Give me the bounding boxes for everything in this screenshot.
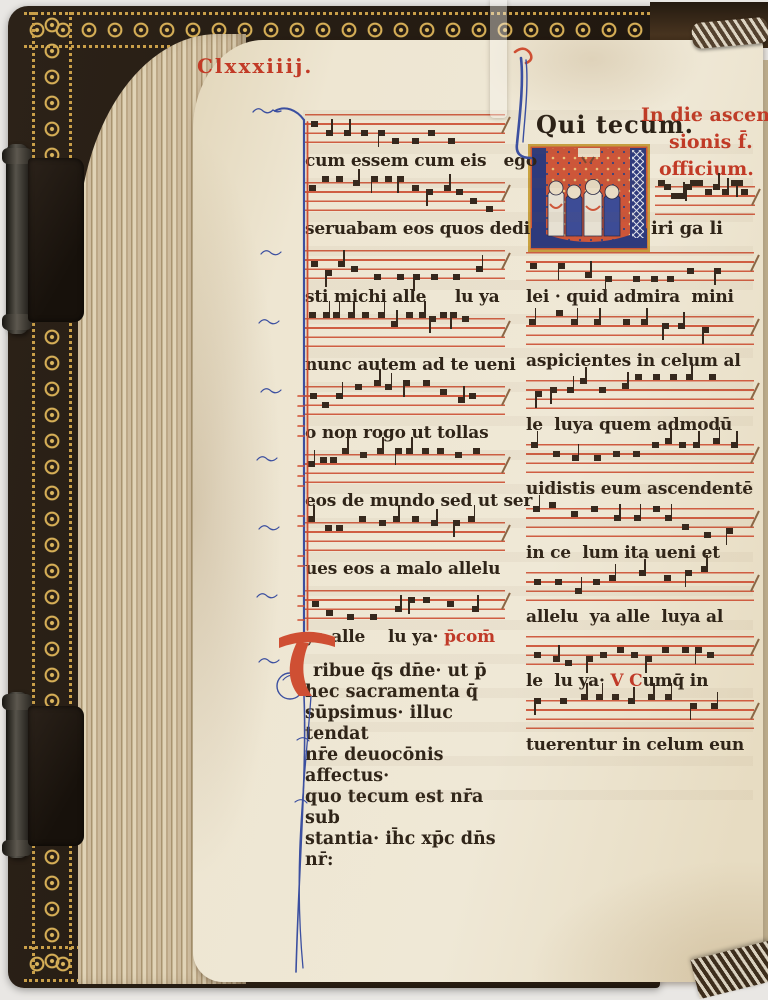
- neume-note: [456, 189, 463, 195]
- rubricated-text: p̄com̄: [444, 627, 495, 647]
- neume-note: [662, 647, 669, 653]
- rubricated-text: V: [610, 671, 629, 691]
- neume-note: [462, 316, 469, 322]
- neume-note: [342, 448, 349, 454]
- neume-note: [678, 323, 685, 329]
- neume-note: [437, 448, 444, 454]
- neume-note: [374, 274, 381, 280]
- neume-note: [419, 312, 426, 318]
- neume-note: [422, 448, 429, 454]
- neume-note: [653, 506, 660, 512]
- neume-note: [633, 451, 640, 457]
- neume-note: [605, 276, 612, 282]
- chant-text: in ce lum ita ueni et: [526, 543, 720, 563]
- chant-text-line: allelu ya alle luya al: [526, 607, 754, 628]
- neume-note: [312, 601, 319, 607]
- clasp-upper-bar: [6, 144, 28, 334]
- neume-note: [472, 606, 479, 612]
- chant-text: allelu ya alle luya al: [526, 607, 723, 627]
- neume-note: [679, 442, 686, 448]
- music-stave: [526, 316, 754, 345]
- left-column: cum essem cum eis egoseruabam eos quos d…: [305, 114, 505, 658]
- neume-note: [635, 374, 642, 380]
- neume-note: [707, 652, 714, 658]
- music-stave: [526, 508, 754, 537]
- neume-note: [330, 457, 337, 463]
- neume-note: [403, 380, 410, 386]
- neume-note: [476, 266, 483, 272]
- prayer-line: nr̄e deuocōnis affectus·: [305, 745, 515, 787]
- neume-note: [530, 263, 537, 269]
- neume-note: [713, 438, 720, 444]
- custos-slash: [501, 320, 511, 337]
- neume-note: [326, 610, 333, 616]
- neume-note: [645, 656, 652, 662]
- neume-note: [613, 451, 620, 457]
- neume-note: [709, 374, 716, 380]
- neume-note: [397, 176, 404, 182]
- custos-slash: [750, 382, 760, 399]
- neume-note: [565, 660, 572, 666]
- custos-slash: [501, 184, 511, 201]
- neume-note: [351, 266, 358, 272]
- parchment-page: Clxxxiiij.: [193, 40, 763, 982]
- neume-note: [423, 597, 430, 603]
- chant-text: le luya quem admodū: [526, 415, 732, 435]
- prayer-block: ribue q̄s dn̄e· ut p̄hec sacramenta q̄su…: [305, 661, 515, 871]
- neume-note: [391, 321, 398, 327]
- custos-slash: [750, 254, 760, 271]
- neume-note: [682, 524, 689, 530]
- cadel-ascender: [515, 49, 531, 158]
- neume-note: [664, 184, 671, 190]
- neume-note: [322, 176, 329, 182]
- right-column: lei · quid admira miniaspicientes in cel…: [526, 252, 754, 764]
- custos-slash: [501, 116, 511, 133]
- custos-slash: [501, 524, 511, 541]
- neume-note: [453, 520, 460, 526]
- neume-note: [531, 442, 538, 448]
- custos-slash: [750, 574, 760, 591]
- neume-note: [556, 310, 563, 316]
- neume-note: [310, 393, 317, 399]
- neume-note: [440, 389, 447, 395]
- music-stave: [526, 636, 754, 665]
- neume-note: [355, 384, 362, 390]
- prayer-line: quo tecum est nr̄a sub: [305, 787, 515, 829]
- neume-note: [473, 448, 480, 454]
- neume-note: [726, 528, 733, 534]
- neume-note: [371, 176, 378, 182]
- neume-note: [581, 694, 588, 700]
- neume-note: [696, 180, 703, 186]
- chant-text: seruabam eos quos dedi: [305, 219, 530, 239]
- neume-note: [406, 448, 413, 454]
- music-stave: [305, 182, 505, 211]
- neume-note: [553, 451, 560, 457]
- neume-note: [594, 455, 601, 461]
- custos-slash: [501, 252, 511, 269]
- neume-note: [448, 138, 455, 144]
- neume-note: [591, 506, 598, 512]
- prayer-line: sūpsimus· illuc tendat: [305, 703, 515, 745]
- neume-note: [378, 312, 385, 318]
- neume-note: [458, 397, 465, 403]
- chant-text-line: le lu ya· V Cumq̄ in: [526, 671, 754, 692]
- neume-note: [550, 387, 557, 393]
- chant-text-line: aspicientes in celum al: [526, 351, 754, 372]
- rubric-line: officium.: [641, 156, 768, 183]
- chant-text: lei · quid admira mini: [526, 287, 734, 307]
- neume-note: [695, 647, 702, 653]
- chant-text-line: ya alle lu ya· p̄com̄: [305, 626, 505, 649]
- neume-note: [468, 516, 475, 522]
- music-stave: [526, 444, 754, 473]
- neume-note: [553, 656, 560, 662]
- neume-note: [612, 694, 619, 700]
- neume-note: [395, 448, 402, 454]
- manuscript-photo: Clxxxiiij.: [0, 0, 768, 1000]
- neume-note: [455, 452, 462, 458]
- clasp-upper: [2, 136, 88, 342]
- neume-note: [308, 516, 315, 522]
- neume-note: [549, 502, 556, 508]
- chant-text: aspicientes in celum al: [526, 351, 741, 371]
- neume-note: [374, 380, 381, 386]
- neume-note: [359, 516, 366, 522]
- historiated-initial-miniature: [528, 144, 650, 252]
- neume-note: [447, 601, 454, 607]
- neume-note: [665, 515, 672, 521]
- neume-note: [594, 319, 601, 325]
- neume-note: [571, 319, 578, 325]
- neume-note: [651, 276, 658, 282]
- neume-note: [412, 516, 419, 522]
- neume-note: [426, 189, 433, 195]
- neume-note: [628, 698, 635, 704]
- chant-text: le lu ya·: [526, 671, 610, 691]
- neume-note: [408, 597, 415, 603]
- neume-note: [665, 694, 672, 700]
- neume-note: [665, 438, 672, 444]
- neume-note: [741, 189, 748, 195]
- neume-note: [682, 647, 689, 653]
- music-stave: [305, 114, 505, 143]
- neume-note: [336, 525, 343, 531]
- neume-note: [580, 378, 587, 384]
- prayer-line: hec sacramenta q̄: [305, 682, 515, 703]
- neume-note: [535, 391, 542, 397]
- prayer-line: ribue q̄s dn̄e· ut p̄: [305, 661, 515, 682]
- neume-note: [534, 579, 541, 585]
- neume-note: [702, 327, 709, 333]
- neume-note: [567, 387, 574, 393]
- neume-note: [623, 319, 630, 325]
- neume-note: [440, 312, 447, 318]
- music-stave: [305, 386, 505, 415]
- neume-note: [423, 380, 430, 386]
- neume-note: [664, 575, 671, 581]
- neume-note: [634, 515, 641, 521]
- neume-note: [395, 606, 402, 612]
- neume-note: [309, 312, 316, 318]
- neume-note: [469, 393, 476, 399]
- neume-note: [431, 274, 438, 280]
- music-stave: [526, 700, 754, 729]
- neume-note: [338, 261, 345, 267]
- neume-note: [370, 614, 377, 620]
- rubric-line: sionis f̄.: [641, 129, 768, 156]
- neume-note: [652, 442, 659, 448]
- neume-note: [555, 579, 562, 585]
- neume-note: [631, 652, 638, 658]
- chant-text-line: o non rogo ut tollas: [305, 422, 505, 445]
- neume-note: [385, 176, 392, 182]
- chant-text-line: seruabam eos quos dedi: [305, 218, 505, 241]
- chant-text: tuerentur in celum eun: [526, 735, 744, 755]
- neume-note: [701, 566, 708, 572]
- neume-note: [687, 268, 694, 274]
- chant-text: ues eos a malo allelu: [305, 559, 500, 579]
- neume-note: [428, 130, 435, 136]
- bookmark-tab: [490, 0, 507, 118]
- chant-text-line: ues eos a malo allelu: [305, 558, 505, 581]
- neume-note: [693, 442, 700, 448]
- neume-note: [429, 316, 436, 322]
- chant-text-line: cum essem cum eis ego: [305, 150, 505, 173]
- neume-note: [585, 272, 592, 278]
- neume-note: [713, 184, 720, 190]
- neume-note: [323, 312, 330, 318]
- neume-note: [385, 384, 392, 390]
- neume-note: [325, 525, 332, 531]
- music-stave: [305, 522, 505, 551]
- rubric-line: In die ascen: [641, 102, 768, 129]
- clasp-lower: [2, 684, 88, 866]
- neume-note: [336, 176, 343, 182]
- neume-note: [667, 276, 674, 282]
- neume-note: [705, 189, 712, 195]
- neume-note: [311, 121, 318, 127]
- neume-note: [392, 138, 399, 144]
- chant-text: nunc autem ad te ueni: [305, 355, 516, 375]
- custos-slash: [750, 318, 760, 335]
- custos-slash: [501, 388, 511, 405]
- neume-note: [617, 647, 624, 653]
- music-stave: [526, 380, 754, 409]
- music-stave: [526, 572, 754, 601]
- custos-slash: [750, 510, 760, 527]
- neume-note: [453, 274, 460, 280]
- neume-note: [378, 130, 385, 136]
- neume-note: [444, 185, 451, 191]
- clasp-upper-strap: [28, 158, 84, 322]
- neume-note: [353, 180, 360, 186]
- neume-note: [529, 319, 536, 325]
- neume-note: [336, 393, 343, 399]
- chant-text-line: in ce lum ita ueni et: [526, 543, 754, 564]
- neume-note: [412, 185, 419, 191]
- music-stave: [305, 250, 505, 279]
- neume-note: [393, 516, 400, 522]
- neume-note: [662, 323, 669, 329]
- neume-note: [533, 506, 540, 512]
- music-stave: [655, 186, 755, 215]
- neume-note: [361, 130, 368, 136]
- chant-text-line: nunc autem ad te ueni: [305, 354, 505, 377]
- rubric-in-die-ascensionis: In die ascensionis f̄.officium.: [641, 102, 768, 183]
- neume-note: [596, 694, 603, 700]
- neume-note: [653, 374, 660, 380]
- chant-text-line: lei · quid admira mini: [526, 287, 754, 308]
- neume-note: [614, 515, 621, 521]
- custos-slash: [750, 702, 760, 719]
- custos-slash: [501, 456, 511, 473]
- neume-note: [397, 274, 404, 280]
- neume-note: [722, 189, 729, 195]
- neume-note: [600, 652, 607, 658]
- neume-note: [486, 206, 493, 212]
- neume-note: [362, 312, 369, 318]
- neume-note: [560, 698, 567, 704]
- neume-note: [648, 694, 655, 700]
- prayer-line: stantia· ih̄c xp̄c dn̄s nr̄:: [305, 829, 515, 871]
- chant-text-line: uidistis eum ascendentē: [526, 479, 754, 500]
- neume-note: [379, 520, 386, 526]
- neume-note: [325, 270, 332, 276]
- neume-note: [322, 402, 329, 408]
- neume-note: [333, 312, 340, 318]
- neume-note: [413, 274, 420, 280]
- neume-note: [360, 452, 367, 458]
- chant-text: ya alle lu ya·: [305, 627, 444, 647]
- chant-text-line: iri ga li: [651, 218, 723, 239]
- neume-note: [599, 387, 606, 393]
- chant-text: o non rogo ut tollas: [305, 423, 489, 443]
- neume-note: [344, 130, 351, 136]
- neume-note: [593, 579, 600, 585]
- neume-note: [431, 520, 438, 526]
- neume-note: [326, 130, 333, 136]
- neume-note: [558, 263, 565, 269]
- neume-note: [586, 656, 593, 662]
- neume-note: [377, 448, 384, 454]
- neume-note: [641, 319, 648, 325]
- music-stave: [305, 454, 505, 483]
- neume-note: [685, 570, 692, 576]
- neume-note: [534, 698, 541, 704]
- neume-note: [678, 193, 685, 199]
- music-stave: [305, 590, 505, 619]
- neume-note: [571, 511, 578, 517]
- chant-text: cum essem cum eis ego: [305, 151, 537, 171]
- neume-note: [320, 457, 327, 463]
- neume-note: [690, 703, 697, 709]
- music-stave: [526, 252, 754, 281]
- folio-number: Clxxxiiij.: [197, 54, 313, 78]
- chant-text-line: tuerentur in celum eun: [526, 735, 754, 756]
- neume-note: [348, 312, 355, 318]
- chant-text-line: sti michi alle lu ya: [305, 286, 505, 309]
- neume-note: [609, 575, 616, 581]
- neume-note: [639, 570, 646, 576]
- neume-note: [406, 312, 413, 318]
- clasp-lower-bar: [6, 692, 28, 858]
- chant-text: eos de mundo sed ut ser: [305, 491, 532, 511]
- neume-note: [736, 180, 743, 186]
- neume-note: [704, 532, 711, 538]
- neume-note: [309, 185, 316, 191]
- neume-note: [575, 588, 582, 594]
- neume-note: [711, 703, 718, 709]
- neume-note: [412, 138, 419, 144]
- neume-note: [622, 383, 629, 389]
- neume-note: [534, 652, 541, 658]
- chant-text: uidistis eum ascendentē: [526, 479, 753, 499]
- neume-note: [670, 374, 677, 380]
- neume-note: [686, 374, 693, 380]
- neume-note: [308, 461, 315, 467]
- neume-note: [731, 442, 738, 448]
- custos-slash: [750, 638, 760, 655]
- neume-note: [572, 455, 579, 461]
- rubricated-text: C: [629, 671, 642, 691]
- custos-slash: [750, 446, 760, 463]
- custos-slash: [501, 592, 511, 609]
- clasp-lower-strap: [28, 706, 84, 846]
- neume-note: [714, 268, 721, 274]
- neume-note: [633, 276, 640, 282]
- custos-slash: [751, 188, 761, 205]
- neume-note: [450, 312, 457, 318]
- chant-text: sti michi alle lu ya: [305, 287, 500, 307]
- neume-note: [470, 198, 477, 204]
- neume-note: [311, 261, 318, 267]
- neume-note: [347, 614, 354, 620]
- music-stave: [305, 318, 505, 347]
